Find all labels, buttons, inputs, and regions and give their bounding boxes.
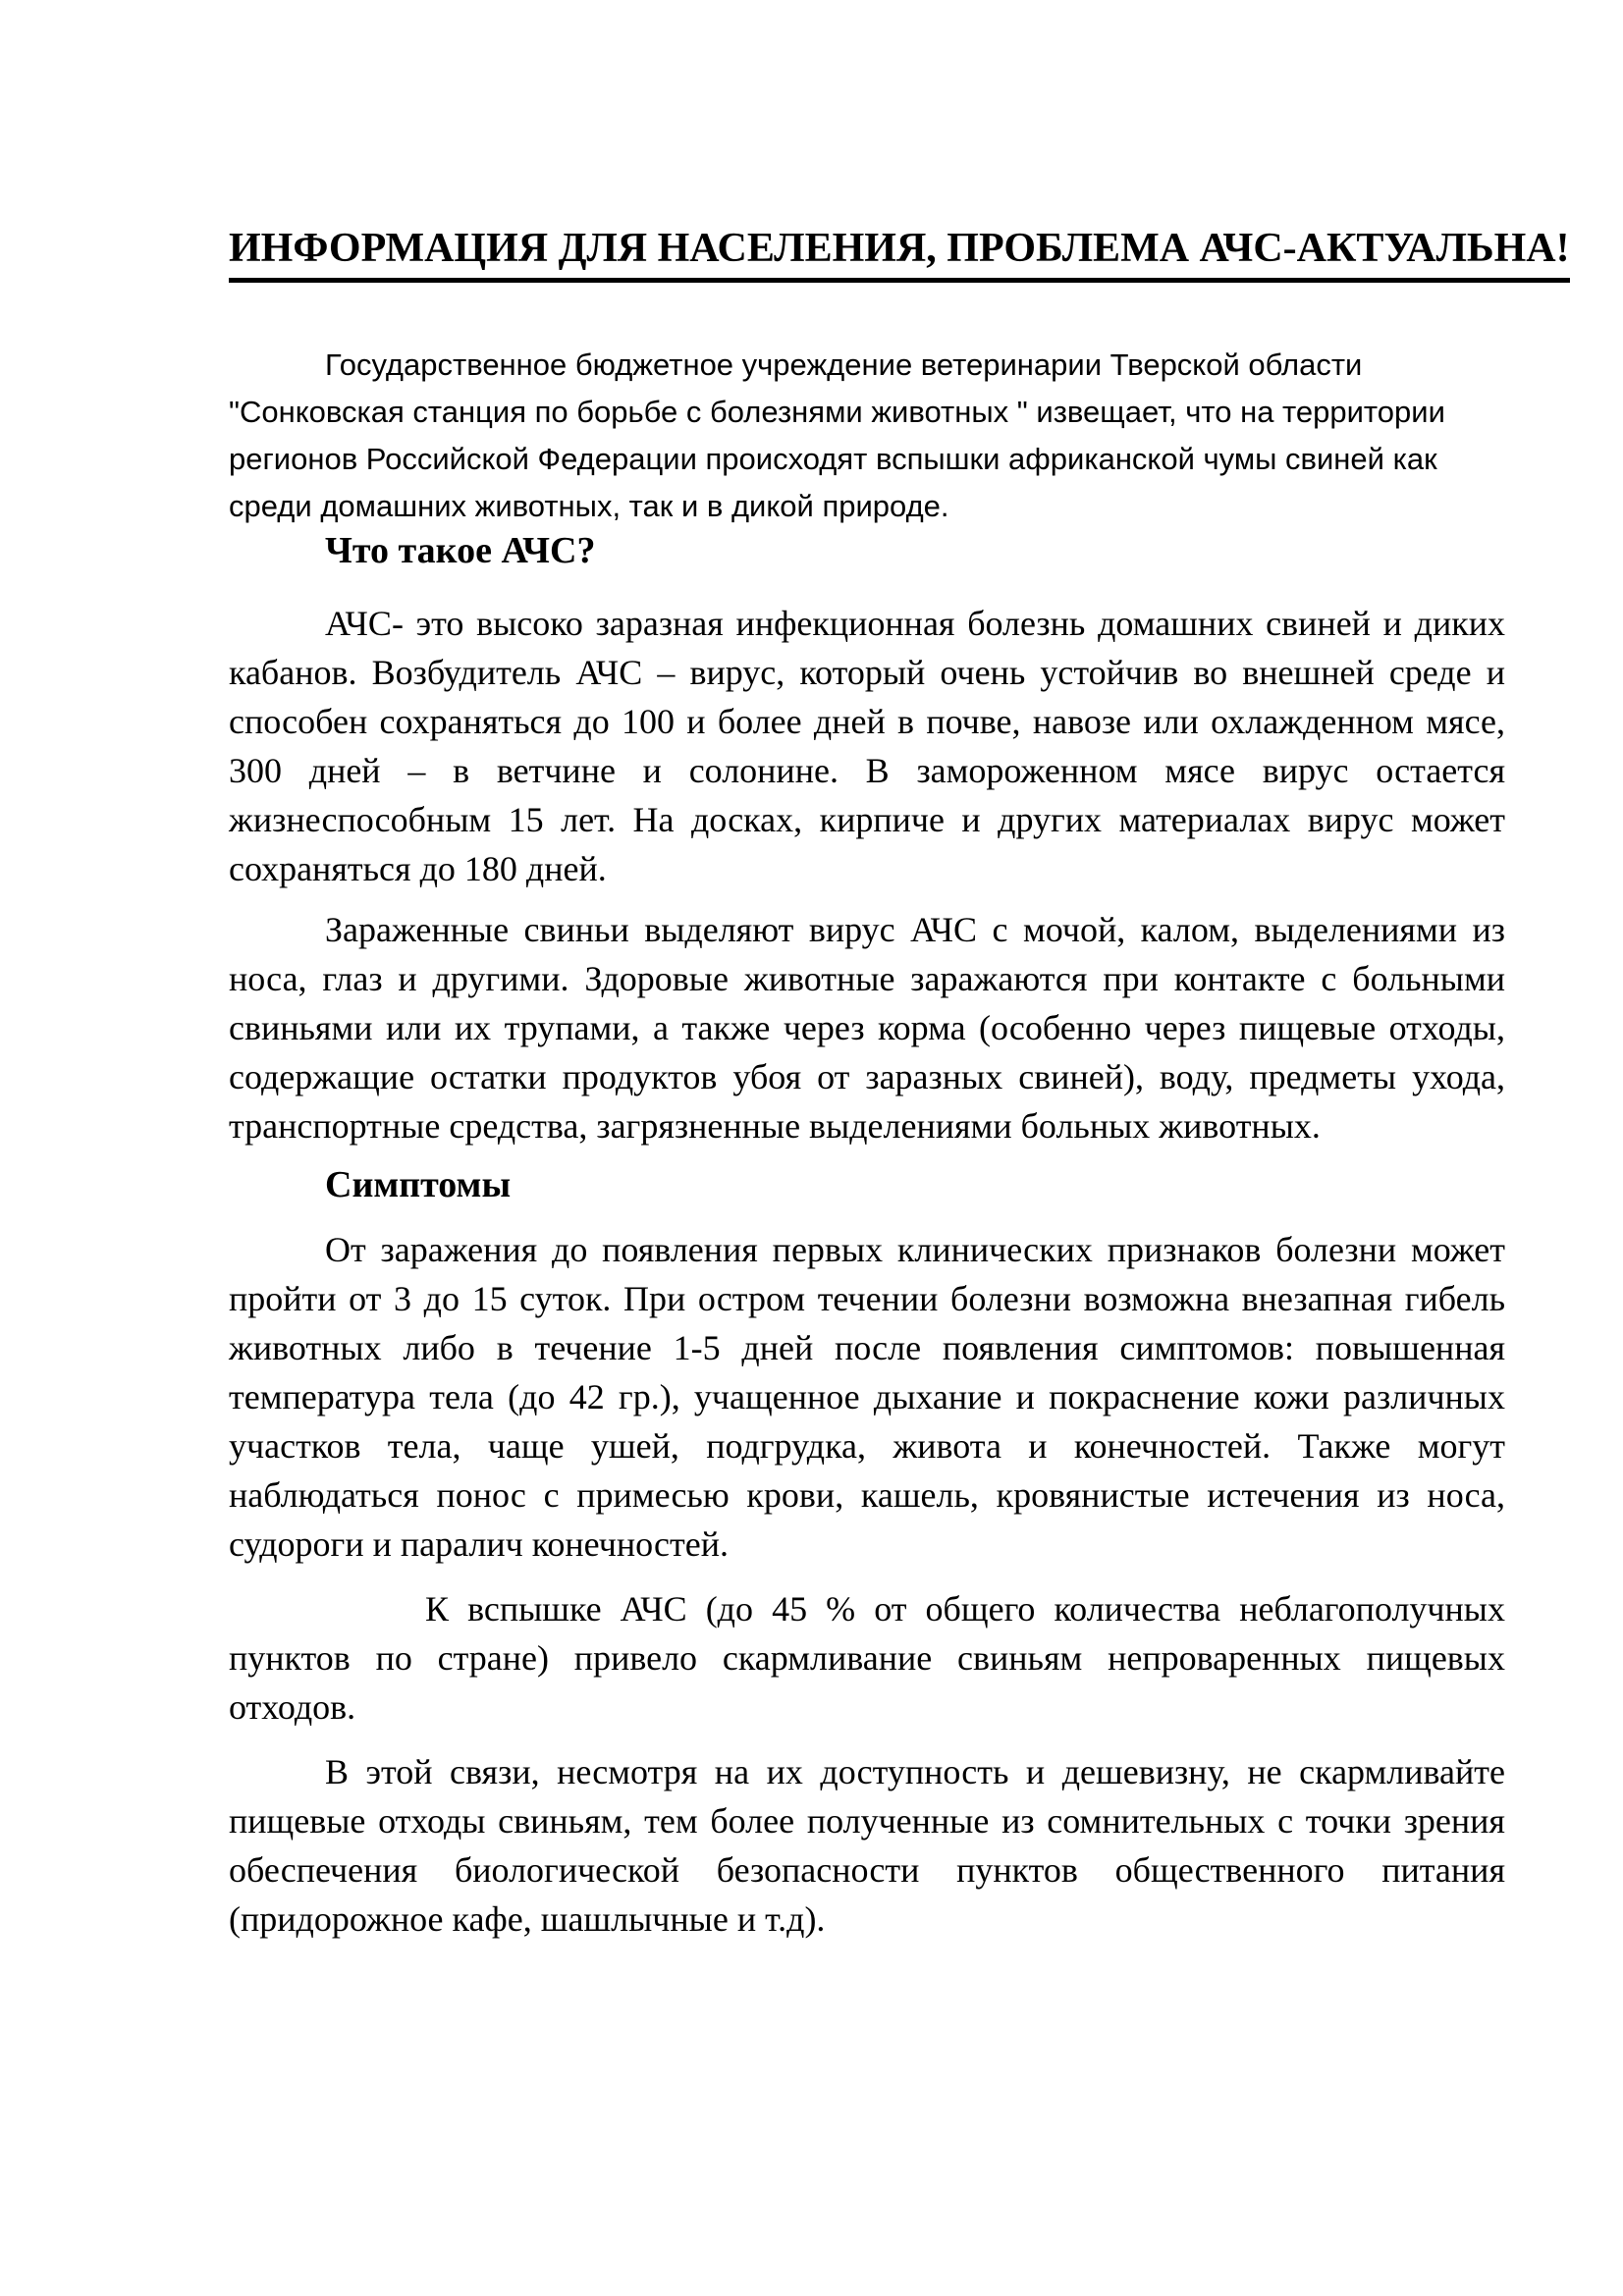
intro-paragraph: Государственное бюджетное учреждение вет… <box>229 342 1505 530</box>
paragraph-feeding-advice: В этой связи, несмотря на их доступность… <box>229 1747 1505 1944</box>
paragraph-asf-transmission: Зараженные свиньи выделяют вирус АЧС с м… <box>229 905 1505 1150</box>
document-title-text: ИНФОРМАЦИЯ ДЛЯ НАСЕЛЕНИЯ, ПРОБЛЕМА АЧС-А… <box>229 226 1570 283</box>
paragraph-outbreak-cause: К вспышке АЧС (до 45 % от общего количес… <box>229 1584 1505 1732</box>
paragraph-symptoms: От заражения до появления первых клиниче… <box>229 1225 1505 1569</box>
heading-what-is-asf: Что такое АЧС? <box>229 526 1505 575</box>
heading-symptoms: Симптомы <box>229 1160 1505 1209</box>
document-title: ИНФОРМАЦИЯ ДЛЯ НАСЕЛЕНИЯ, ПРОБЛЕМА АЧС-А… <box>229 224 1505 273</box>
paragraph-asf-definition: АЧС- это высоко заразная инфекционная бо… <box>229 599 1505 893</box>
document-page: ИНФОРМАЦИЯ ДЛЯ НАСЕЛЕНИЯ, ПРОБЛЕМА АЧС-А… <box>0 0 1623 2296</box>
